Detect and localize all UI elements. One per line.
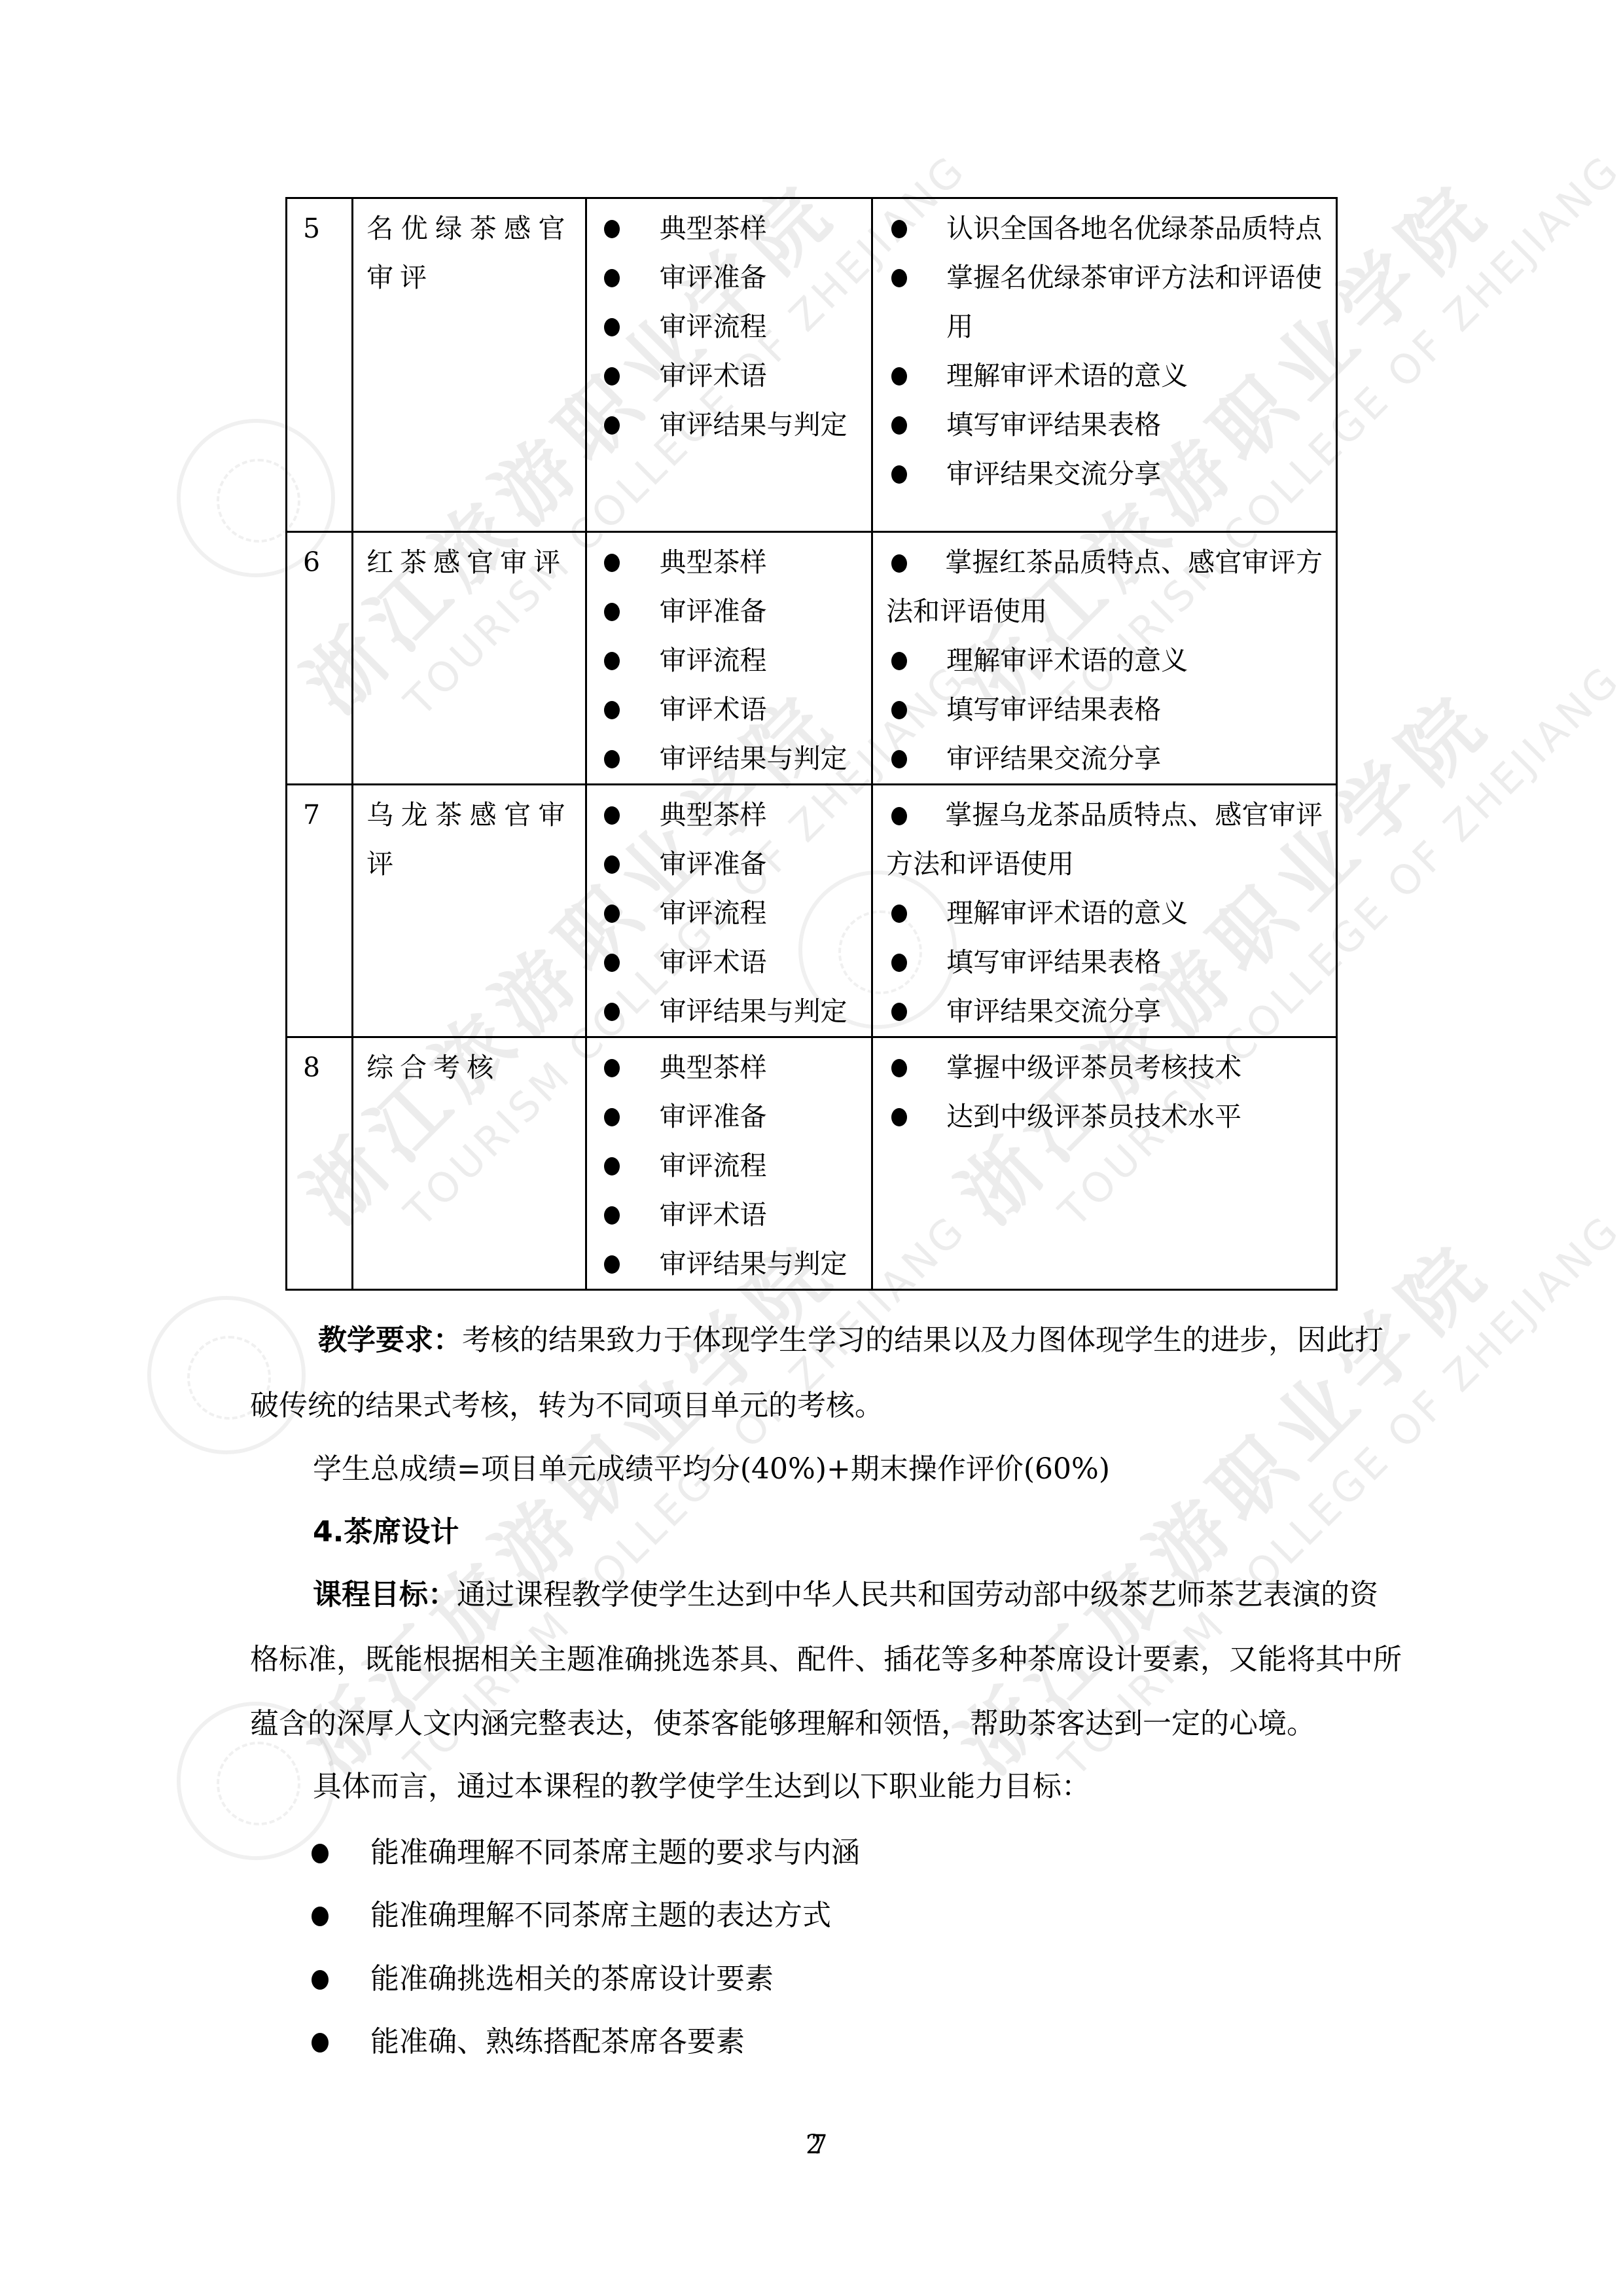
bullet-icon <box>604 1255 620 1274</box>
content-item-text: 审评术语 <box>660 694 767 725</box>
course-goal-line1: 课程目标：通过课程教学使学生达到中华人民共和国劳动部中级茶艺师茶艺表演的资 <box>313 1575 1378 1615</box>
content-item: 典型茶样 <box>587 1043 859 1092</box>
bullet-icon <box>891 652 907 670</box>
objective-item-text: 填写审评结果表格 <box>946 409 1161 440</box>
unit-number-cell: 7 <box>287 785 353 1037</box>
objective-item: 认识全国各地名优绿茶品质特点 <box>886 204 1323 253</box>
content-item: 审评流程 <box>587 302 859 351</box>
objective-item: 填写审评结果表格 <box>886 685 1323 734</box>
content-item: 审评准备 <box>587 587 859 636</box>
unit-content-cell: 典型茶样审评准备审评流程审评术语审评结果与判定 <box>586 1037 872 1290</box>
unit-number-cell: 6 <box>287 532 353 785</box>
unit-number: 7 <box>303 799 320 831</box>
page-number: 2 7 <box>802 2128 828 2161</box>
objective-lead-item: 掌握乌龙茶品质特点、感官审评方法和评语使用 <box>886 791 1323 889</box>
ability-bullet: 能准确挑选相关的茶席设计要素 <box>370 1960 774 1999</box>
bullet-icon <box>604 1108 620 1126</box>
content-list: 典型茶样审评准备审评流程审评术语审评结果与判定 <box>587 1043 859 1289</box>
unit-number: 8 <box>303 1052 320 1083</box>
bullet-icon <box>604 701 620 719</box>
bullet-icon <box>604 1059 620 1077</box>
content-item: 审评结果与判定 <box>587 734 859 783</box>
unit-name-cell: 乌龙茶感官审评 <box>353 785 586 1037</box>
unit-number: 5 <box>303 213 320 244</box>
ability-bullet-text: 能准确挑选相关的茶席设计要素 <box>370 1962 774 1996</box>
content-item: 典型茶样 <box>587 791 859 840</box>
bullet-icon <box>891 905 907 923</box>
ability-bullet: 能准确理解不同茶席主题的要求与内涵 <box>370 1833 860 1873</box>
ability-bullet-text: 能准确理解不同茶席主题的表达方式 <box>370 1899 831 1932</box>
bullet-icon <box>891 367 907 386</box>
unit-name-cell: 综合考核 <box>353 1037 586 1290</box>
content-item: 审评结果与判定 <box>587 987 859 1036</box>
content-list: 典型茶样审评准备审评流程审评术语审评结果与判定 <box>587 204 859 450</box>
course-goal-line2: 格标准，既能根据相关主题准确挑选茶具、配件、插花等多种茶席设计要素，又能将其中所 <box>250 1640 1402 1679</box>
bullet-icon <box>891 465 907 484</box>
bullet-icon <box>604 220 620 238</box>
objective-item: 审评结果交流分享 <box>886 987 1323 1036</box>
content-item: 审评准备 <box>587 840 859 889</box>
unit-name: 综合考核 <box>366 1043 571 1092</box>
teaching-requirement-line2: 破传统的结果式考核，转为不同项目单元的考核。 <box>250 1386 883 1426</box>
unit-content-cell: 典型茶样审评准备审评流程审评术语审评结果与判定 <box>586 785 872 1037</box>
objective-item: 理解审评术语的意义 <box>886 889 1323 938</box>
unit-name-cell: 名优绿茶感官审评 <box>353 198 586 532</box>
objective-item-text: 认识全国各地名优绿茶品质特点 <box>946 213 1322 244</box>
course-goal-line3: 蕴含的深厚人文内涵完整表达，使茶客能够理解和领悟，帮助茶客达到一定的心境。 <box>250 1704 1315 1744</box>
page-number-overlay: 7 <box>811 2128 827 2161</box>
objective-list: 掌握中级评茶员考核技术达到中级评茶员技术水平 <box>886 1043 1323 1141</box>
unit-name: 红茶感官审评 <box>366 538 571 587</box>
unit-name: 乌龙茶感官审评 <box>366 791 571 889</box>
content-item: 审评术语 <box>587 938 859 987</box>
grade-formula: 学生总成绩=项目单元成绩平均分(40%)+期末操作评价(60%) <box>313 1450 1110 1489</box>
content-item: 审评术语 <box>587 351 859 401</box>
content-item: 审评准备 <box>587 253 859 302</box>
content-item: 审评术语 <box>587 1191 859 1240</box>
bullet-icon <box>604 750 620 768</box>
content-item-text: 审评术语 <box>660 946 767 978</box>
objective-list: 理解审评术语的意义填写审评结果表格审评结果交流分享 <box>886 889 1323 1036</box>
objective-item: 填写审评结果表格 <box>886 401 1323 450</box>
content-list: 典型茶样审评准备审评流程审评术语审评结果与判定 <box>587 791 859 1036</box>
bullet-icon <box>604 269 620 287</box>
content-item: 审评术语 <box>587 685 859 734</box>
section-heading: 4.茶席设计 <box>313 1513 459 1552</box>
bullet-icon <box>604 318 620 336</box>
objective-item: 审评结果交流分享 <box>886 450 1323 499</box>
objective-item: 审评结果交流分享 <box>886 734 1323 783</box>
bullet-icon <box>604 905 620 923</box>
unit-number: 6 <box>303 547 320 578</box>
course-goal-label: 课程目标： <box>313 1578 457 1611</box>
objective-item: 达到中级评茶员技术水平 <box>886 1092 1323 1141</box>
unit-content-cell: 典型茶样审评准备审评流程审评术语审评结果与判定 <box>586 532 872 785</box>
unit-content-cell: 典型茶样审评准备审评流程审评术语审评结果与判定 <box>586 198 872 532</box>
bullet-icon <box>604 603 620 621</box>
unit-objective-cell: 掌握乌龙茶品质特点、感官审评方法和评语使用理解审评术语的意义填写审评结果表格审评… <box>872 785 1337 1037</box>
bullet-icon <box>891 750 907 768</box>
content-item-text: 审评术语 <box>660 360 767 391</box>
ability-bullet: 能准确理解不同茶席主题的表达方式 <box>370 1896 831 1935</box>
objective-item-text: 填写审评结果表格 <box>946 946 1161 978</box>
unit-name: 名优绿茶感官审评 <box>366 204 571 302</box>
unit-number-cell: 8 <box>287 1037 353 1290</box>
objective-item-text: 达到中级评茶员技术水平 <box>946 1101 1241 1132</box>
objective-item-text: 掌握中级评茶员考核技术 <box>946 1052 1241 1083</box>
objective-list: 认识全国各地名优绿茶品质特点掌握名优绿茶审评方法和评语使用理解审评术语的意义填写… <box>886 204 1323 499</box>
content-item-text: 典型茶样 <box>660 547 767 578</box>
college-seal-icon <box>147 1296 306 1454</box>
teaching-requirement-text: 考核的结果致力于体现学生学习的结果以及力图体现学生的进步，因此打 <box>462 1323 1383 1357</box>
teaching-requirement-label: 教学要求： <box>318 1323 462 1357</box>
objective-list: 理解审评术语的意义填写审评结果表格审评结果交流分享 <box>886 636 1323 783</box>
ability-intro: 具体而言，通过本课程的教学使学生达到以下职业能力目标： <box>313 1767 1090 1806</box>
ability-bullet-text: 能准确理解不同茶席主题的要求与内涵 <box>370 1836 860 1869</box>
objective-item: 掌握名优绿茶审评方法和评语使用 <box>886 253 1323 351</box>
content-item-text: 审评准备 <box>660 1101 767 1132</box>
bullet-icon <box>891 1003 907 1021</box>
bullet-icon <box>891 269 907 287</box>
objective-lead: 掌握红茶品质特点、感官审评方法和评语使用 <box>886 538 1323 636</box>
content-item-text: 审评流程 <box>660 311 767 342</box>
bullet-icon <box>891 554 907 573</box>
content-item-text: 审评结果与判定 <box>660 743 847 774</box>
bullet-icon <box>891 416 907 435</box>
content-item-text: 审评流程 <box>660 897 767 929</box>
bullet-icon <box>604 1003 620 1021</box>
content-item: 审评结果与判定 <box>587 1240 859 1289</box>
content-item-text: 审评结果与判定 <box>660 409 847 440</box>
unit-number-cell: 5 <box>287 198 353 532</box>
unit-name-cell: 红茶感官审评 <box>353 532 586 785</box>
content-item: 审评结果与判定 <box>587 401 859 450</box>
bullet-icon <box>604 367 620 386</box>
bullet-icon <box>312 1844 329 1863</box>
content-item-text: 审评术语 <box>660 1199 767 1230</box>
course-unit-table: 5 名优绿茶感官审评 典型茶样审评准备审评流程审评术语审评结果与判定 认识全国各… <box>285 197 1338 1291</box>
teaching-requirement-line1: 教学要求：考核的结果致力于体现学生学习的结果以及力图体现学生的进步，因此打 <box>318 1321 1383 1360</box>
content-item: 典型茶样 <box>587 538 859 587</box>
objective-item-text: 审评结果交流分享 <box>946 996 1161 1027</box>
objective-item: 理解审评术语的意义 <box>886 351 1323 401</box>
bullet-icon <box>604 954 620 972</box>
content-item-text: 审评结果与判定 <box>660 1248 847 1280</box>
content-item-text: 典型茶样 <box>660 213 767 244</box>
content-item-text: 审评准备 <box>660 262 767 293</box>
content-item: 审评流程 <box>587 889 859 938</box>
bullet-icon <box>604 652 620 670</box>
content-item-text: 典型茶样 <box>660 1052 767 1083</box>
content-item-text: 典型茶样 <box>660 799 767 831</box>
objective-item-text: 掌握名优绿茶审评方法和评语使用 <box>946 262 1322 342</box>
table-row: 8 综合考核 典型茶样审评准备审评流程审评术语审评结果与判定 掌握中级评茶员考核… <box>287 1037 1337 1290</box>
objective-item: 填写审评结果表格 <box>886 938 1323 987</box>
ability-bullet-text: 能准确、熟练搭配茶席各要素 <box>370 2025 745 2058</box>
unit-objective-cell: 掌握红茶品质特点、感官审评方法和评语使用理解审评术语的意义填写审评结果表格审评结… <box>872 532 1337 785</box>
content-item-text: 审评流程 <box>660 1150 767 1181</box>
bullet-icon <box>891 954 907 972</box>
bullet-icon <box>604 1157 620 1175</box>
content-item-text: 审评准备 <box>660 848 767 880</box>
bullet-icon <box>891 807 907 825</box>
watermark-english: TOURISM COLLEGE OF ZHEJIANG <box>395 1205 976 1785</box>
bullet-icon <box>604 554 620 572</box>
bullet-icon <box>891 1059 907 1077</box>
objective-item-text: 审评结果交流分享 <box>946 743 1161 774</box>
unit-objective-cell: 掌握中级评茶员考核技术达到中级评茶员技术水平 <box>872 1037 1337 1290</box>
objective-lead-text: 掌握红茶品质特点、感官审评方法和评语使用 <box>886 547 1323 627</box>
bullet-icon <box>604 1206 620 1225</box>
watermark-english: TOURISM COLLEGE OF ZHEJIANG <box>1050 1205 1623 1785</box>
bullet-icon <box>312 1970 329 1990</box>
bullet-icon <box>604 855 620 874</box>
objective-item-text: 理解审评术语的意义 <box>946 360 1188 391</box>
content-item-text: 审评结果与判定 <box>660 996 847 1027</box>
content-list: 典型茶样审评准备审评流程审评术语审评结果与判定 <box>587 538 859 783</box>
content-item: 典型茶样 <box>587 204 859 253</box>
objective-item-text: 理解审评术语的意义 <box>946 897 1188 929</box>
objective-item-text: 理解审评术语的意义 <box>946 645 1188 676</box>
objective-item: 理解审评术语的意义 <box>886 636 1323 685</box>
objective-item-text: 审评结果交流分享 <box>946 458 1161 490</box>
bullet-icon <box>604 416 620 435</box>
bullet-icon <box>604 806 620 825</box>
bullet-icon <box>891 1108 907 1126</box>
content-item: 审评准备 <box>587 1092 859 1141</box>
objective-lead: 掌握乌龙茶品质特点、感官审评方法和评语使用 <box>886 791 1323 889</box>
table-row: 7 乌龙茶感官审评 典型茶样审评准备审评流程审评术语审评结果与判定 掌握乌龙茶品… <box>287 785 1337 1037</box>
table-row: 5 名优绿茶感官审评 典型茶样审评准备审评流程审评术语审评结果与判定 认识全国各… <box>287 198 1337 532</box>
content-item: 审评流程 <box>587 1141 859 1191</box>
unit-objective-cell: 认识全国各地名优绿茶品质特点掌握名优绿茶审评方法和评语使用理解审评术语的意义填写… <box>872 198 1337 532</box>
bullet-icon <box>312 2033 329 2053</box>
bullet-icon <box>312 1907 329 1926</box>
content-item-text: 审评流程 <box>660 645 767 676</box>
objective-item: 掌握中级评茶员考核技术 <box>886 1043 1323 1092</box>
objective-lead-item: 掌握红茶品质特点、感官审评方法和评语使用 <box>886 538 1323 636</box>
course-goal-text: 通过课程教学使学生达到中华人民共和国劳动部中级茶艺师茶艺表演的资 <box>457 1578 1378 1611</box>
content-item-text: 审评准备 <box>660 596 767 627</box>
objective-lead-text: 掌握乌龙茶品质特点、感官审评方法和评语使用 <box>886 799 1323 880</box>
content-item: 审评流程 <box>587 636 859 685</box>
bullet-icon <box>891 220 907 238</box>
ability-bullet: 能准确、熟练搭配茶席各要素 <box>370 2022 745 2062</box>
table-row: 6 红茶感官审评 典型茶样审评准备审评流程审评术语审评结果与判定 掌握红茶品质特… <box>287 532 1337 785</box>
objective-item-text: 填写审评结果表格 <box>946 694 1161 725</box>
bullet-icon <box>891 701 907 719</box>
